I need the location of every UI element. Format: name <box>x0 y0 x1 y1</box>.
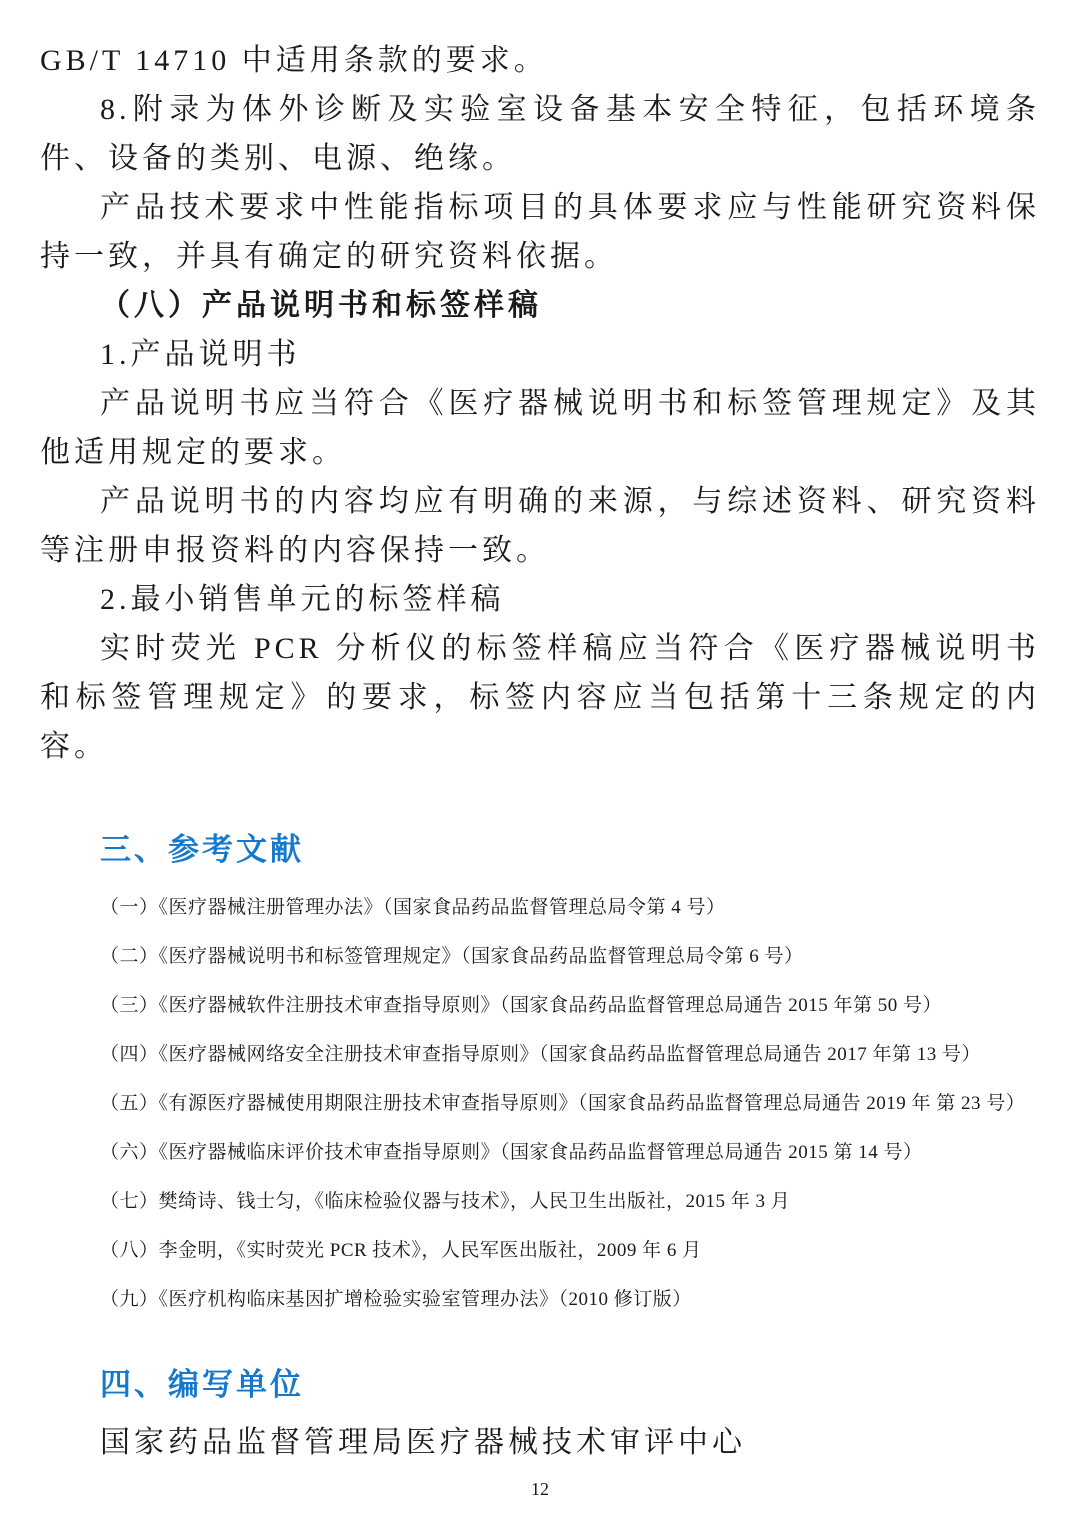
page-number: 12 <box>0 1479 1080 1500</box>
authors-name: 国家药品监督管理局医疗器械技术审评中心 <box>40 1418 1040 1467</box>
reference-item: （九）《医疗机构临床基因扩增检验实验室管理办法》（2010 修订版） <box>40 1275 1040 1324</box>
body-paragraph: 产品技术要求中性能指标项目的具体要求应与性能研究资料保持一致，并具有确定的研究资… <box>40 183 1040 281</box>
document-page: GB/T 14710 中适用条款的要求。 8.附录为体外诊断及实验室设备基本安全… <box>0 0 1080 1526</box>
authors-heading: 四、编写单位 <box>40 1364 1040 1406</box>
body-paragraph: 产品说明书应当符合《医疗器械说明书和标签管理规定》及其他适用规定的要求。 <box>40 379 1040 477</box>
reference-item: （七）樊绮诗、钱士匀，《临床检验仪器与技术》，人民卫生出版社，2015 年 3 … <box>40 1177 1040 1226</box>
references-list: （一）《医疗器械注册管理办法》（国家食品药品监督管理总局令第 4 号） （二）《… <box>40 883 1040 1324</box>
page-content: GB/T 14710 中适用条款的要求。 8.附录为体外诊断及实验室设备基本安全… <box>0 0 1080 1467</box>
body-paragraph: GB/T 14710 中适用条款的要求。 <box>40 36 1040 85</box>
reference-item: （六）《医疗器械临床评价技术审查指导原则》（国家食品药品监督管理总局通告 201… <box>40 1128 1040 1177</box>
reference-item: （一）《医疗器械注册管理办法》（国家食品药品监督管理总局令第 4 号） <box>40 883 1040 932</box>
body-paragraph: 实时荧光 PCR 分析仪的标签样稿应当符合《医疗器械说明书和标签管理规定》的要求… <box>40 624 1040 771</box>
body-list-heading: 2.最小销售单元的标签样稿 <box>40 575 1040 624</box>
body-list-heading: 1.产品说明书 <box>40 330 1040 379</box>
references-heading: 三、参考文献 <box>40 829 1040 871</box>
reference-item: （二）《医疗器械说明书和标签管理规定》（国家食品药品监督管理总局令第 6 号） <box>40 932 1040 981</box>
reference-item: （八）李金明，《实时荧光 PCR 技术》，人民军医出版社，2009 年 6 月 <box>40 1226 1040 1275</box>
body-paragraph: 8.附录为体外诊断及实验室设备基本安全特征，包括环境条件、设备的类别、电源、绝缘… <box>40 85 1040 183</box>
body-subheading: （八）产品说明书和标签样稿 <box>40 281 1040 330</box>
reference-item: （三）《医疗器械软件注册技术审查指导原则》（国家食品药品监督管理总局通告 201… <box>40 981 1040 1030</box>
reference-item: （五）《有源医疗器械使用期限注册技术审查指导原则》（国家食品药品监督管理总局通告… <box>40 1079 1040 1128</box>
body-paragraph: 产品说明书的内容均应有明确的来源，与综述资料、研究资料等注册申报资料的内容保持一… <box>40 477 1040 575</box>
reference-item: （四）《医疗器械网络安全注册技术审查指导原则》（国家食品药品监督管理总局通告 2… <box>40 1030 1040 1079</box>
